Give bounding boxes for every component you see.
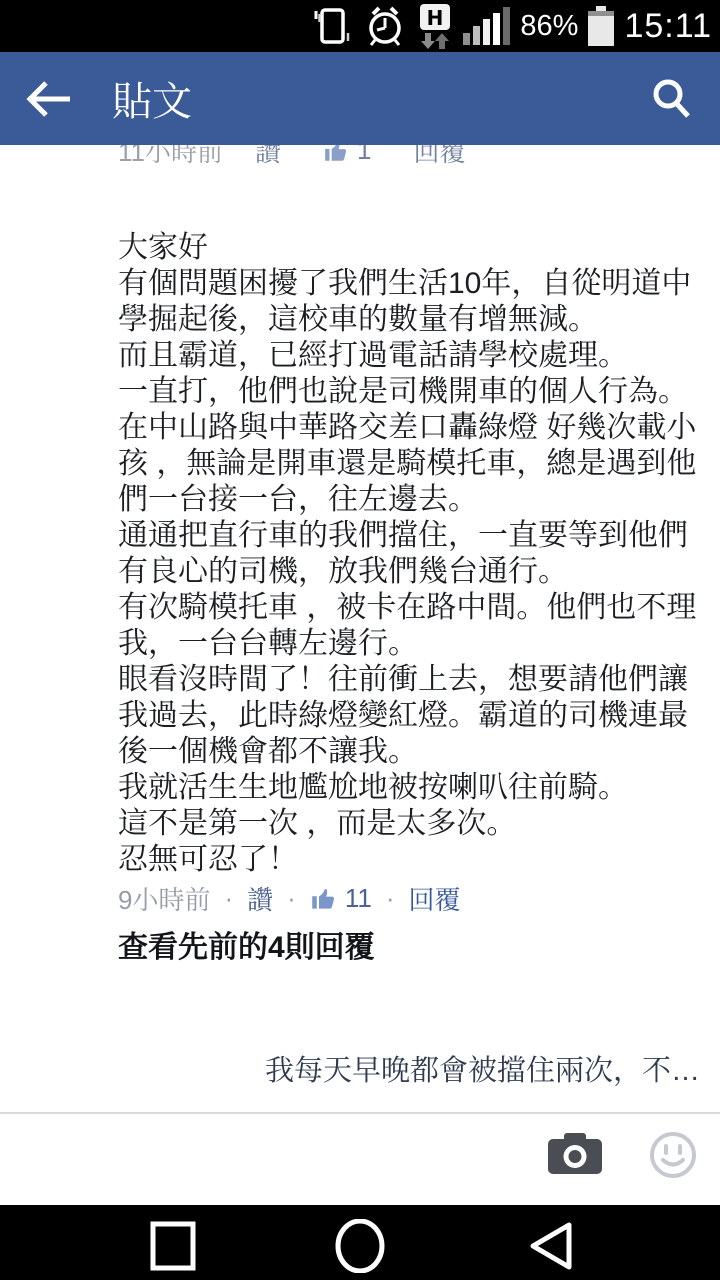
like-count: 11 <box>345 883 372 914</box>
comment-text-line: 有個問題困擾了我們生活10年，自從明道中 <box>118 266 720 302</box>
status-time: 15:11 <box>624 7 712 46</box>
comment-text-line: 我就活生生地尷尬地被按喇叭往前騎。 <box>118 770 720 806</box>
battery-icon <box>588 6 614 46</box>
view-previous-replies-link[interactable]: 查看先前的4則回覆 <box>118 922 375 966</box>
smiley-icon <box>649 1131 697 1179</box>
comment-text-line: 們一台接一台，往左邊去。 <box>118 482 720 518</box>
comment-text: 大家好有個問題困擾了我們生活10年，自從明道中學掘起後，這校車的數量有增無減。而… <box>118 230 720 878</box>
comment-text-line: 忍無可忍了！ <box>118 842 720 878</box>
thumb-up-icon <box>310 885 337 912</box>
comment-text-line: 在中山路與中華路交差口轟綠燈 好幾次載小 <box>118 410 720 446</box>
svg-text:H: H <box>427 6 444 30</box>
reply-button[interactable]: 回覆 <box>413 145 465 169</box>
composer-divider <box>0 1112 720 1114</box>
comment-text-line: 通通把直行車的我們擋住，一直要等到他們 <box>118 518 720 554</box>
comment-meta: 9小時前 · 讚 · 11 · 回覆 <box>118 880 461 917</box>
comment-timestamp[interactable]: 11小時前 <box>118 145 223 169</box>
like-count-group[interactable]: 1 <box>323 145 371 166</box>
comment-text-line: 學掘起後，這校車的數量有增無減。 <box>118 302 720 338</box>
hspa-data-icon: H <box>417 2 453 50</box>
alarm-clock-icon <box>363 4 407 48</box>
comment-text-line: 而且霸道，已經打過電話請學校處理。 <box>118 338 720 374</box>
comment-text-line: 這不是第一次 ，而是太多次。 <box>118 806 720 842</box>
reply-button[interactable]: 回覆 <box>409 880 461 917</box>
back-arrow-icon <box>22 77 76 121</box>
dot-separator: · <box>224 883 233 914</box>
signal-strength-icon <box>463 7 510 45</box>
emoji-button[interactable] <box>649 1131 697 1182</box>
camera-button[interactable] <box>546 1130 604 1179</box>
comment-text-line: 大家好 <box>118 230 720 266</box>
camera-icon <box>546 1130 604 1176</box>
comment-text-line: 有次騎模托車 ，被卡在路中間。他們也不理 <box>118 590 720 626</box>
previous-comment-meta: 11小時前 讚 1 回覆 <box>118 145 466 169</box>
home-button[interactable] <box>333 1219 387 1273</box>
like-button[interactable]: 讚 <box>247 880 273 917</box>
comment-text-line: 眼看沒時間了！往前衝上去，想要請他們讓 <box>118 662 720 698</box>
thumb-up-icon <box>323 145 349 164</box>
comment-text-line: 孩 ，無論是開車還是騎模托車，總是遇到他 <box>118 446 720 482</box>
comment-text-line: 我過去，此時綠燈變紅燈。霸道的司機連最 <box>118 698 720 734</box>
status-bar: H 86% 15:11 <box>0 0 720 52</box>
dot-separator: · <box>287 883 296 914</box>
comment-text-line: 一直打，他們也說是司機開車的個人行為。 <box>118 374 720 410</box>
dot-separator: · <box>386 883 395 914</box>
screen: H 86% 15:11 貼文 <box>0 0 720 1280</box>
recents-button[interactable] <box>146 1219 200 1273</box>
page-title: 貼文 <box>112 70 192 127</box>
like-count-group[interactable]: 11 <box>310 883 372 914</box>
comment-text-line: 後一個機會都不讓我。 <box>118 734 720 770</box>
comment-timestamp[interactable]: 9小時前 <box>118 880 210 917</box>
post-content-area: 11小時前 讚 1 回覆 大家好有個問題困擾了我們生活10年，自從明道中學掘起後… <box>0 145 720 1205</box>
like-count: 1 <box>357 145 371 166</box>
search-icon <box>650 77 694 121</box>
like-button[interactable]: 讚 <box>255 145 281 169</box>
back-nav-button[interactable] <box>524 1219 578 1273</box>
search-button[interactable] <box>624 52 720 145</box>
back-triangle-icon <box>525 1220 577 1272</box>
comment-text-line: 有良心的司機，放我們幾台通行。 <box>118 554 720 590</box>
back-button[interactable] <box>0 52 94 145</box>
android-nav-bar <box>0 1205 720 1280</box>
comment-text-line: 我，一台台轉左邊行。 <box>118 626 720 662</box>
recents-square-icon <box>148 1221 198 1271</box>
home-circle-icon <box>333 1219 387 1273</box>
vibrate-icon <box>311 5 353 47</box>
app-header: 貼文 <box>0 52 720 145</box>
comment-input-text[interactable]: 我每天早晚都會被擋住兩次，不… <box>265 1048 700 1089</box>
battery-percent: 86% <box>520 10 578 43</box>
